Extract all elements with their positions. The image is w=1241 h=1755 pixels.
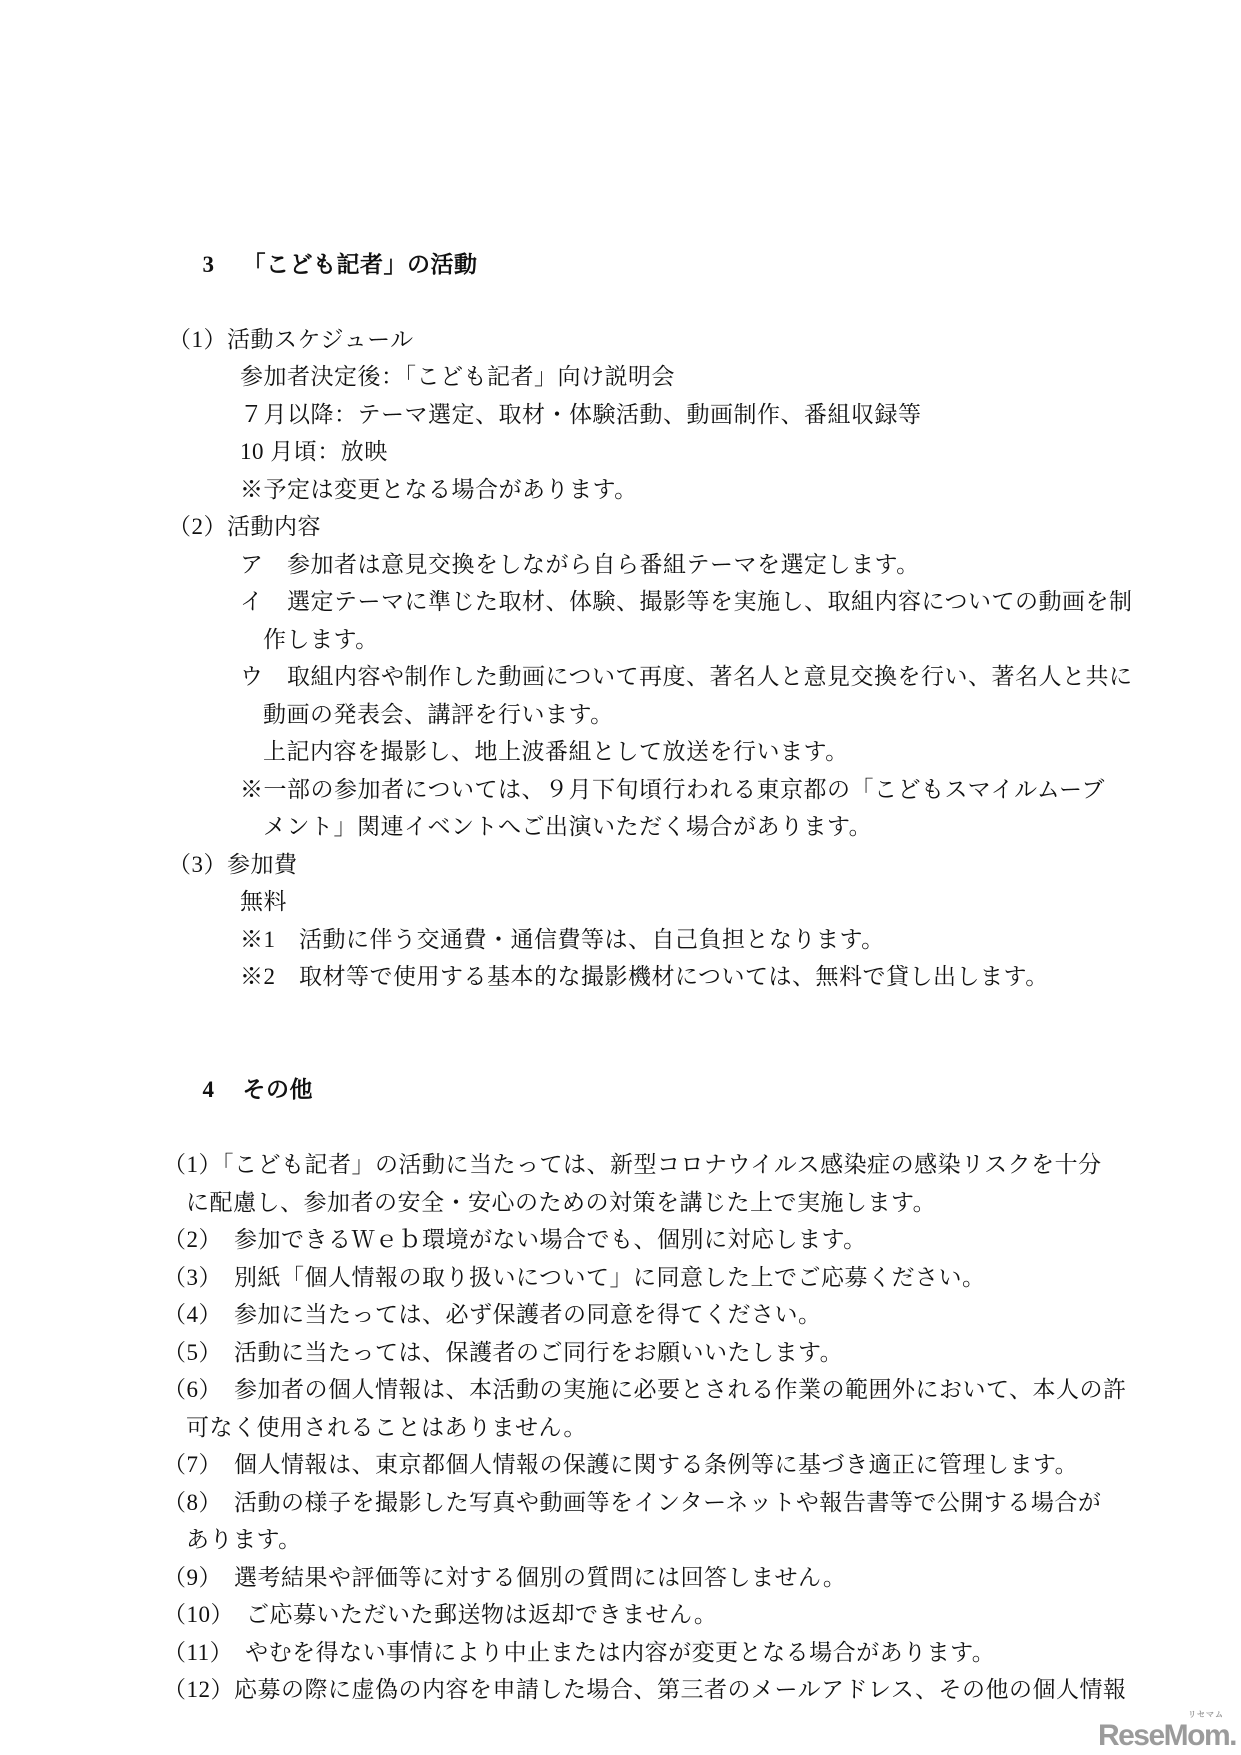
doc-line-s4-item3: （3） 別紙「個人情報の取り扱いについて」に同意した上でご応募ください。 [0, 1259, 1241, 1297]
resemom-logo-ruby: リセマム [1188, 1711, 1224, 1719]
doc-line-smile-note: ※一部の参加者については、９月下旬頃行われる東京都の「こどもスマイルムーブ [0, 771, 1241, 809]
doc-line-s4-item6-cont: 可なく使用されることはありません。 [0, 1409, 1241, 1447]
section-3-heading: 3「こども記者」の活動 [0, 208, 1241, 321]
section-4-heading: 4その他 [0, 1034, 1241, 1147]
doc-line-schedule-1: 参加者決定後：「こども記者」向け説明会 [0, 358, 1241, 396]
section-4-number: 4 [203, 1071, 243, 1109]
doc-line-katsudo-i: イ 選定テーマに準じた取材、体験、撮影等を実施し、取組内容についての動画を制 [0, 583, 1241, 621]
doc-line-s4-item11: （11） やむを得ない事情により中止または内容が変更となる場合があります。 [0, 1634, 1241, 1672]
doc-line-s4-item7: （7） 個人情報は、東京都個人情報の保護に関する条例等に基づき適正に管理します。 [0, 1446, 1241, 1484]
doc-line-s3-item1: （1）活動スケジュール [0, 321, 1241, 359]
resemom-logo: リセマム ReseMom. [1098, 1711, 1236, 1751]
doc-line-s4-item1-cont: に配慮し、参加者の安全・安心のための対策を講じた上で実施します。 [0, 1184, 1241, 1222]
doc-line-s4-item2: （2） 参加できるＷｅｂ環境がない場合でも、個別に対応します。 [0, 1221, 1241, 1259]
doc-line-smile-note-cont: メント」関連イベントへご出演いただく場合があります。 [0, 808, 1241, 846]
document-body: 3「こども記者」の活動 （1）活動スケジュール 参加者決定後：「こども記者」向け… [0, 0, 1241, 1709]
doc-line-schedule-2: ７月以降：テーマ選定、取材・体験活動、動画制作、番組収録等 [0, 396, 1241, 434]
doc-line-broadcast: 上記内容を撮影し、地上波番組として放送を行います。 [0, 733, 1241, 771]
doc-line-fee-note-1: ※1 活動に伴う交通費・通信費等は、自己負担となります。 [0, 921, 1241, 959]
section-3-number: 3 [203, 246, 243, 284]
doc-line-s4-item4: （4） 参加に当たっては、必ず保護者の同意を得てください。 [0, 1296, 1241, 1334]
doc-line-katsudo-u-cont: 動画の発表会、講評を行います。 [0, 696, 1241, 734]
doc-line-katsudo-i-cont: 作します。 [0, 621, 1241, 659]
doc-line-s4-item5: （5） 活動に当たっては、保護者のご同行をお願いいたします。 [0, 1334, 1241, 1372]
document-page: 3「こども記者」の活動 （1）活動スケジュール 参加者決定後：「こども記者」向け… [0, 0, 1241, 1755]
doc-line-s4-item8: （8） 活動の様子を撮影した写真や動画等をインターネットや報告書等で公開する場合… [0, 1484, 1241, 1522]
doc-line-katsudo-a: ア 参加者は意見交換をしながら自ら番組テーマを選定します。 [0, 546, 1241, 584]
doc-line-s3-item2: （2）活動内容 [0, 508, 1241, 546]
doc-line-fee-note-2: ※2 取材等で使用する基本的な撮影機材については、無料で貸し出します。 [0, 958, 1241, 996]
section-3-title: 「こども記者」の活動 [243, 252, 478, 277]
doc-line-s4-item6: （6） 参加者の個人情報は、本活動の実施に必要とされる作業の範囲外において、本人… [0, 1371, 1241, 1409]
doc-line-free: 無料 [0, 883, 1241, 921]
doc-line-s4-item12: （12）応募の際に虚偽の内容を申請した場合、第三者のメールアドレス、その他の個人… [0, 1671, 1241, 1709]
doc-line-s4-item9: （9） 選考結果や評価等に対する個別の質問には回答しません。 [0, 1559, 1241, 1597]
section-4-title: その他 [243, 1077, 314, 1102]
doc-line-s3-item3: （3）参加費 [0, 846, 1241, 884]
doc-line-schedule-3: 10 月頃：放映 [0, 433, 1241, 471]
doc-line-s4-item10: （10） ご応募いただいた郵送物は返却できません。 [0, 1596, 1241, 1634]
doc-line-katsudo-u: ウ 取組内容や制作した動画について再度、著名人と意見交換を行い、著名人と共に [0, 658, 1241, 696]
doc-line-schedule-note: ※予定は変更となる場合があります。 [0, 471, 1241, 509]
resemom-logo-text: ReseMom. [1098, 1719, 1236, 1752]
doc-line-s4-item8-cont: あります。 [0, 1521, 1241, 1559]
doc-line-s4-item1: （1）「こども記者」の活動に当たっては、新型コロナウイルス感染症の感染リスクを十… [0, 1146, 1241, 1184]
